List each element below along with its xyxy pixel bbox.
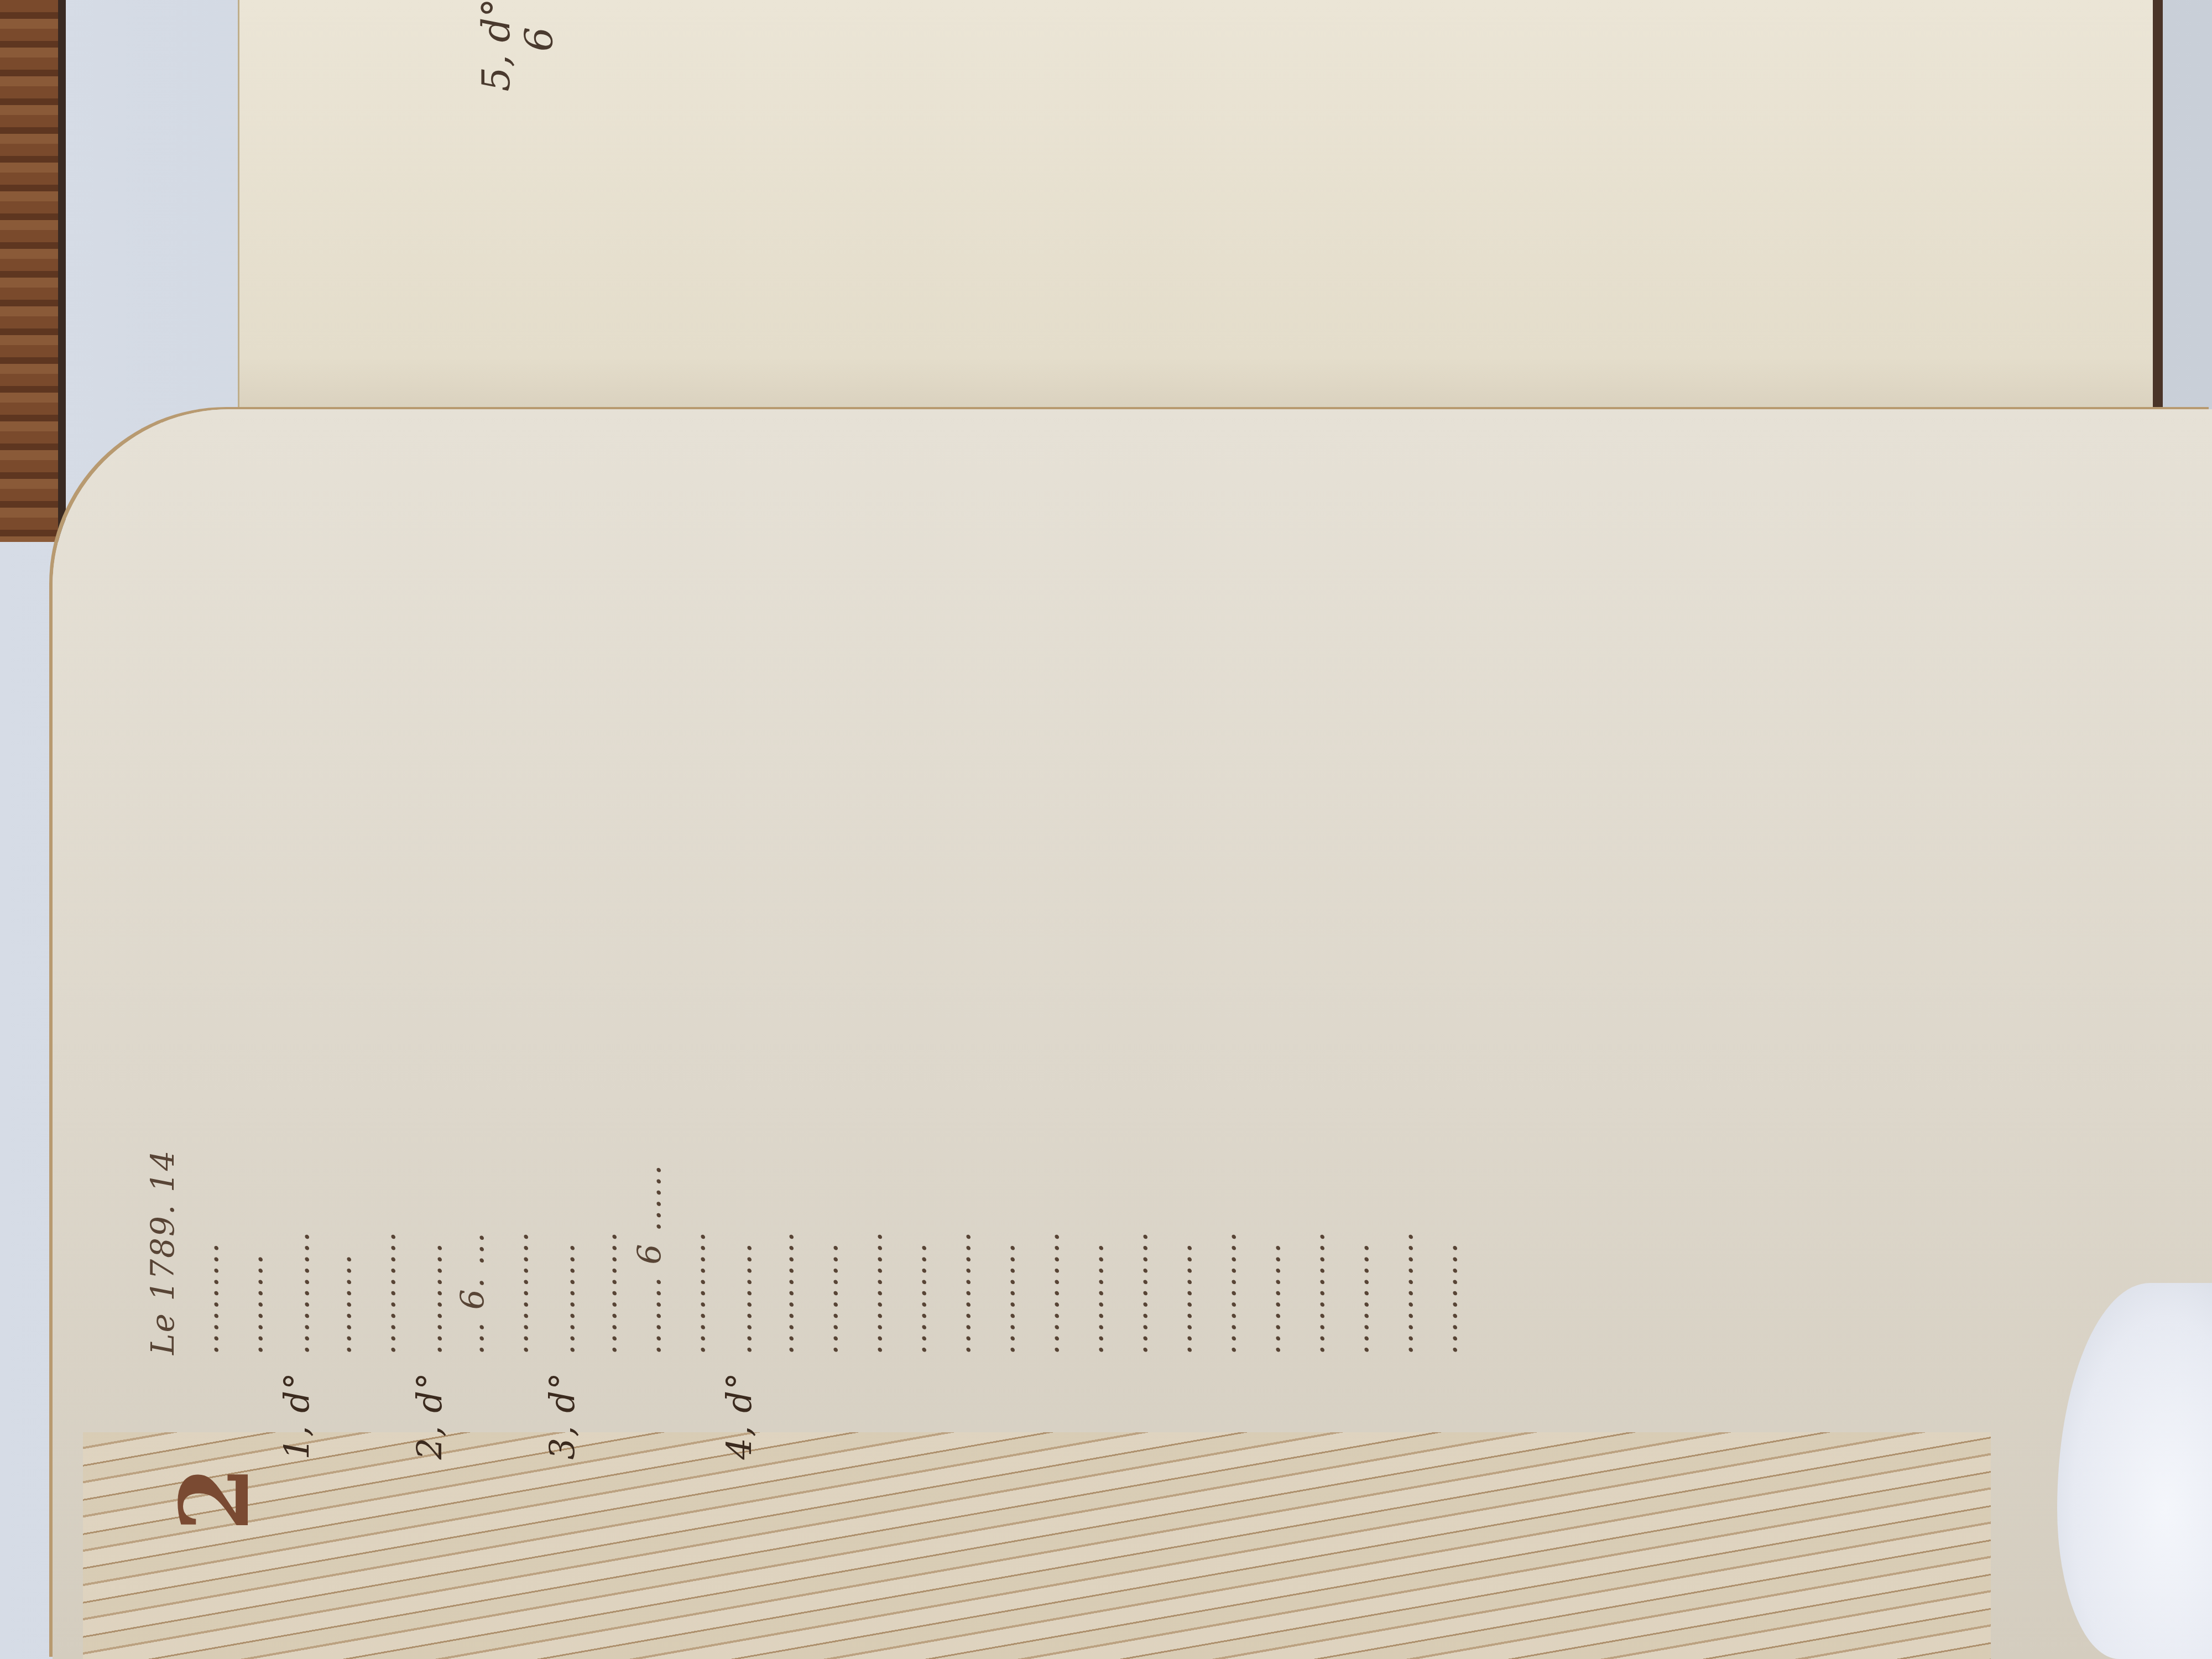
entry-line: ........... xyxy=(1029,398,1073,1537)
entry-line: .......... xyxy=(1338,398,1383,1537)
entry-line: ........... xyxy=(675,398,719,1537)
entry-line: Le 1789. 14 xyxy=(144,398,188,1537)
entry-line: ... 6. ... xyxy=(453,398,498,1537)
entry-number: 3, d° xyxy=(542,1355,582,1537)
entry-line: .......... xyxy=(896,398,940,1537)
entry-line: ........... xyxy=(1383,398,1427,1537)
entry-line: .......... xyxy=(1161,398,1206,1537)
entry-line: .......... xyxy=(807,398,852,1537)
handwritten-text-block: Le 1789. 14 .......... ......... 1, d°..… xyxy=(144,398,2135,1537)
entry-line: 1, d°........... xyxy=(276,398,321,1537)
entry-line: 2, d°.......... xyxy=(409,398,453,1537)
page-number: 2 xyxy=(160,1466,270,1531)
entry-line: ........... xyxy=(1117,398,1161,1537)
entry-line: .......... xyxy=(1073,398,1117,1537)
entry-line: ....... 6 ...... xyxy=(630,398,675,1537)
entry-line: ........... xyxy=(763,398,807,1537)
upper-margin-entry: 6 xyxy=(517,27,562,52)
entry-line: ........... xyxy=(498,398,542,1537)
entry-number: 2, d° xyxy=(409,1355,450,1537)
entry-line: 4, d°.......... xyxy=(719,398,763,1537)
entry-line: .......... xyxy=(1427,398,1471,1537)
entry-line: 3, d°.......... xyxy=(542,398,586,1537)
upper-margin-entry: 5, d° xyxy=(473,0,519,91)
entry-line: ........... xyxy=(365,398,409,1537)
entry-line: ........... xyxy=(940,398,984,1537)
entry-line: .......... xyxy=(188,398,232,1537)
entry-number: 1, d° xyxy=(276,1355,317,1537)
entry-line: .......... xyxy=(984,398,1029,1537)
adjacent-book-spine xyxy=(0,0,66,542)
entry-line: ......... xyxy=(321,398,365,1537)
entry-line: ........... xyxy=(1294,398,1338,1537)
entry-line: ........... xyxy=(852,398,896,1537)
entry-line: .......... xyxy=(1250,398,1294,1537)
upper-page: 5, d° 6 xyxy=(238,0,2163,420)
entry-line: ........... xyxy=(1206,398,1250,1537)
entry-number: 4, d° xyxy=(719,1355,759,1537)
entry-line: ........... xyxy=(586,398,630,1537)
entry-line: ......... xyxy=(232,398,276,1537)
